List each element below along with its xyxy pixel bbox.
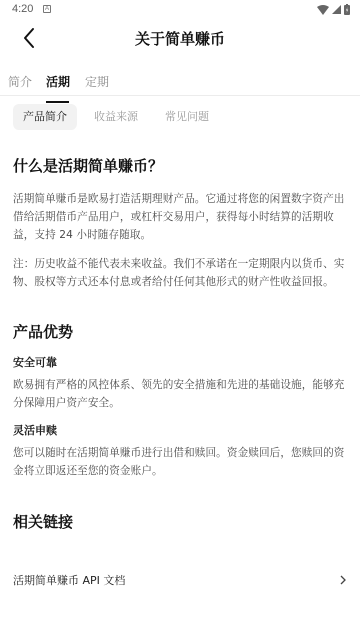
advantage-desc-flexible: 您可以随时在活期简单赚币进行出借和赎回。资金赎回后，您赎回的资金将立即返还至您的… bbox=[13, 444, 349, 480]
sub-tabs: 产品简介 收益来源 常见问题 bbox=[13, 104, 226, 130]
status-icons bbox=[317, 4, 350, 15]
advantage-title-flexible: 灵活申赎 bbox=[13, 423, 349, 439]
advantage-title-security: 安全可靠 bbox=[13, 355, 349, 371]
main-tabs: 简介 活期 定期 bbox=[0, 68, 360, 96]
section-title-links: 相关链接 bbox=[13, 512, 349, 532]
tab-flexible[interactable]: 活期 bbox=[46, 73, 70, 90]
subtab-faq[interactable]: 常见问题 bbox=[155, 104, 219, 130]
what-paragraph-1: 活期简单赚币是欧易打造活期理财产品。它通过将您的闲置数字资产出借给活期借币产品用… bbox=[13, 190, 349, 244]
subtab-yield-source[interactable]: 收益来源 bbox=[84, 104, 148, 130]
tab-fixed[interactable]: 定期 bbox=[85, 73, 109, 90]
advantage-desc-security: 欧易拥有严格的风控体系、领先的安全措施和先进的基础设施，能够充分保障用户资产安全… bbox=[13, 376, 349, 412]
page-title: 关于简单赚币 bbox=[0, 28, 360, 49]
what-paragraph-2: 注：历史收益不能代表未来收益。我们不承诺在一定期限内以货币、实物、股权等方式还本… bbox=[13, 255, 349, 291]
subtab-product-intro[interactable]: 产品简介 bbox=[13, 104, 77, 130]
notification-icon: A bbox=[43, 5, 51, 13]
content: 什么是活期简单赚币？ 活期简单赚币是欧易打造活期理财产品。它通过将您的闲置数字资… bbox=[13, 156, 349, 532]
status-time: 4:20 bbox=[12, 3, 33, 15]
section-title-advantages: 产品优势 bbox=[13, 322, 349, 342]
nav-bar: 关于简单赚币 bbox=[0, 20, 360, 56]
signal-icon bbox=[332, 5, 341, 14]
section-title-what: 什么是活期简单赚币？ bbox=[13, 156, 349, 176]
chevron-right-icon bbox=[339, 574, 347, 586]
tab-intro[interactable]: 简介 bbox=[8, 73, 32, 90]
status-bar: 4:20 A bbox=[0, 0, 360, 20]
api-docs-link-label: 活期简单赚币 API 文档 bbox=[13, 572, 125, 588]
active-tab-indicator bbox=[46, 101, 69, 103]
wifi-icon bbox=[317, 5, 329, 15]
api-docs-link[interactable]: 活期简单赚币 API 文档 bbox=[13, 570, 347, 590]
battery-icon bbox=[344, 4, 350, 15]
